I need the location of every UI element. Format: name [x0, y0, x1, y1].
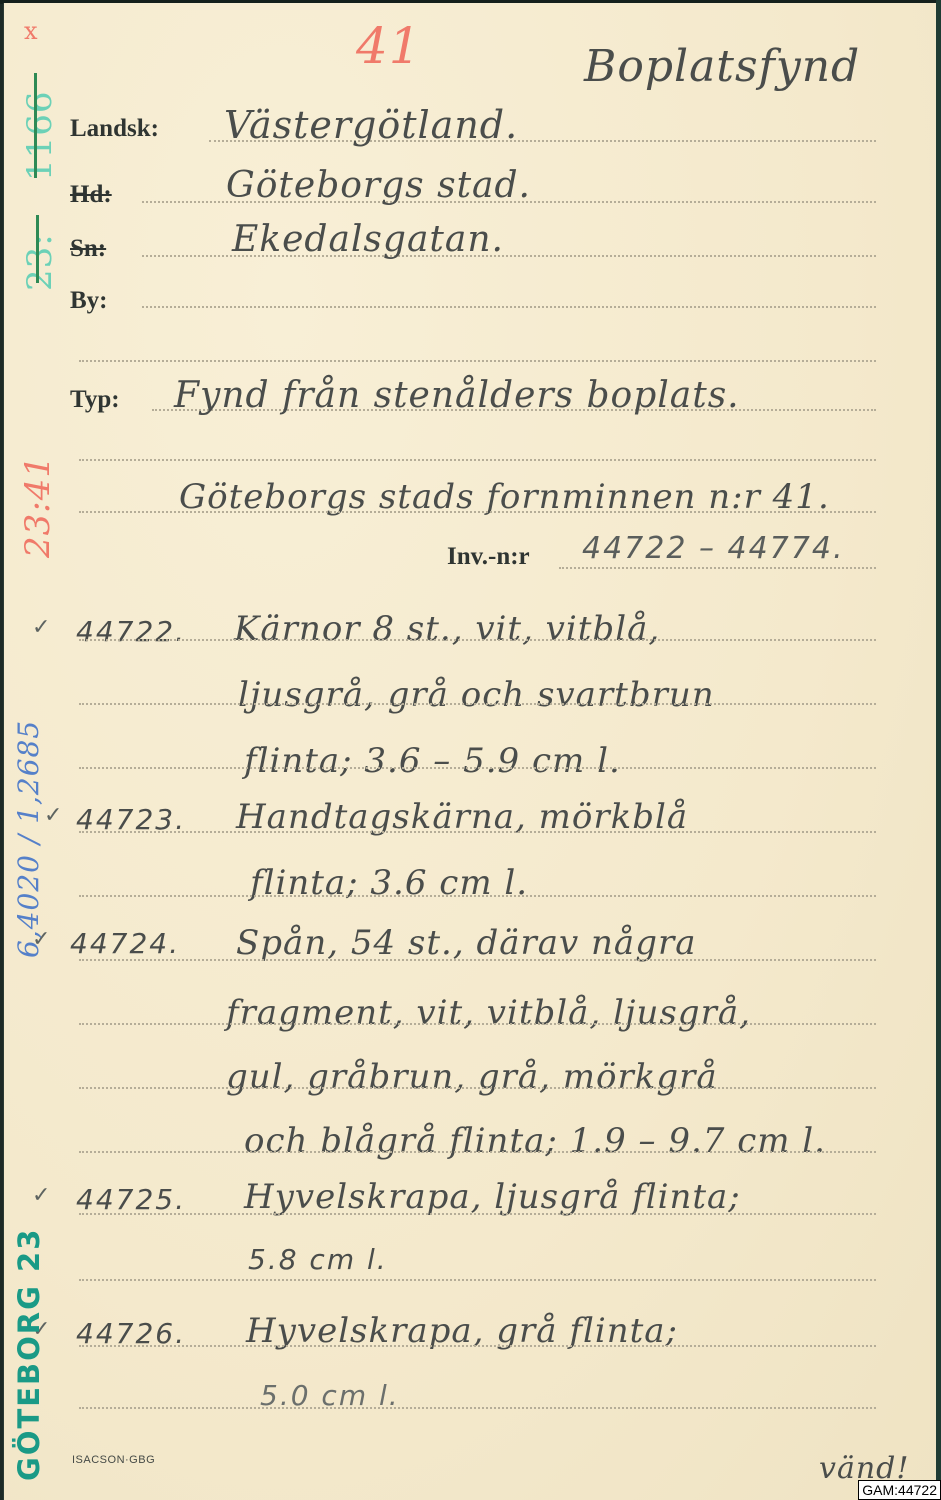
entry-line: flinta; 3.6 cm l. [250, 863, 528, 903]
field-value-hd: Göteborgs stad. [226, 165, 531, 206]
strike-line [36, 215, 39, 283]
field-label-inv: Inv.-n:r [447, 543, 530, 571]
check-icon: ✓ [44, 803, 62, 828]
field-label-sn: Sn: [70, 235, 106, 263]
strike-line [34, 73, 37, 178]
dotted-rule [79, 1151, 876, 1153]
dotted-rule [79, 360, 876, 362]
dotted-rule [79, 703, 876, 705]
entry-line: Spån, 54 st., därav några [236, 923, 696, 963]
margin-number-struck-1: 1166 [20, 90, 60, 181]
accession-label: GAM:44722 [858, 1480, 941, 1500]
dotted-rule [142, 306, 876, 308]
dotted-rule [79, 1213, 876, 1215]
dotted-rule [79, 639, 876, 641]
field-value-typ: Fynd från stenålders boplats. [174, 375, 740, 416]
entry-number: 44725. [76, 1183, 186, 1216]
entry-line: Kärnor 8 st., vit, vitblå, [234, 609, 660, 649]
field-value-landsk: Västergötland. [224, 103, 518, 147]
dotted-rule [79, 1345, 876, 1347]
field-label-by: By: [70, 287, 108, 315]
catalog-card: x 41 Boplatsfynd 1166 23: Landsk: Väster… [3, 3, 937, 1500]
entry-line: flinta; 3.6 – 5.9 cm l. [244, 741, 621, 781]
field-value-inv: 44722 – 44774. [582, 531, 844, 566]
field-label-typ: Typ: [70, 386, 120, 414]
dotted-rule [79, 959, 876, 961]
entry-number: 44722. [76, 615, 186, 648]
scan-right-border [936, 0, 941, 1500]
dotted-rule [79, 459, 876, 461]
dotted-rule [79, 511, 876, 513]
dotted-rule [79, 831, 876, 833]
entry-line: Hyvelskrapa, ljusgrå flinta; [244, 1177, 741, 1217]
archive-stamp: GÖTEBORG 23 [12, 1228, 46, 1481]
margin-number-struck-2: 23: [20, 233, 60, 291]
check-icon: ✓ [32, 1183, 50, 1208]
dotted-rule [559, 567, 876, 569]
margin-ref-blue: 6,4020 / 1,2685 [12, 720, 45, 958]
dotted-rule [79, 1087, 876, 1089]
field-value-sn: Ekedalsgatan. [232, 219, 504, 260]
margin-ref-red: 23:41 [18, 455, 58, 558]
dotted-rule [79, 1279, 876, 1281]
page-number-red: 41 [356, 17, 422, 75]
field-label-landsk: Landsk: [70, 115, 159, 143]
field-label-hd-text: Hd: [70, 181, 112, 208]
entry-line: och blågrå flinta; 1.9 – 9.7 cm l. [244, 1121, 826, 1161]
dotted-rule [79, 1407, 876, 1409]
entry-number: 44724. [70, 927, 180, 960]
printer-mark: ISACSON·GBG [72, 1454, 155, 1466]
dotted-rule [79, 895, 876, 897]
entry-line: ljusgrå, grå och svartbrun [238, 675, 715, 715]
dotted-rule [79, 767, 876, 769]
field-label-sn-text: Sn: [70, 235, 106, 262]
check-icon: ✓ [32, 927, 50, 952]
field-label-hd: Hd: [70, 181, 116, 209]
entry-line: fragment, vit, vitblå, ljusgrå, [226, 993, 751, 1033]
corner-x-mark: x [24, 17, 39, 45]
category-heading: Boplatsfynd [584, 41, 860, 92]
check-icon: ✓ [32, 615, 50, 640]
entry-line: gul, gråbrun, grå, mörkgrå [226, 1057, 718, 1097]
entry-line: 5.8 cm l. [248, 1243, 388, 1276]
dotted-rule [79, 1023, 876, 1025]
